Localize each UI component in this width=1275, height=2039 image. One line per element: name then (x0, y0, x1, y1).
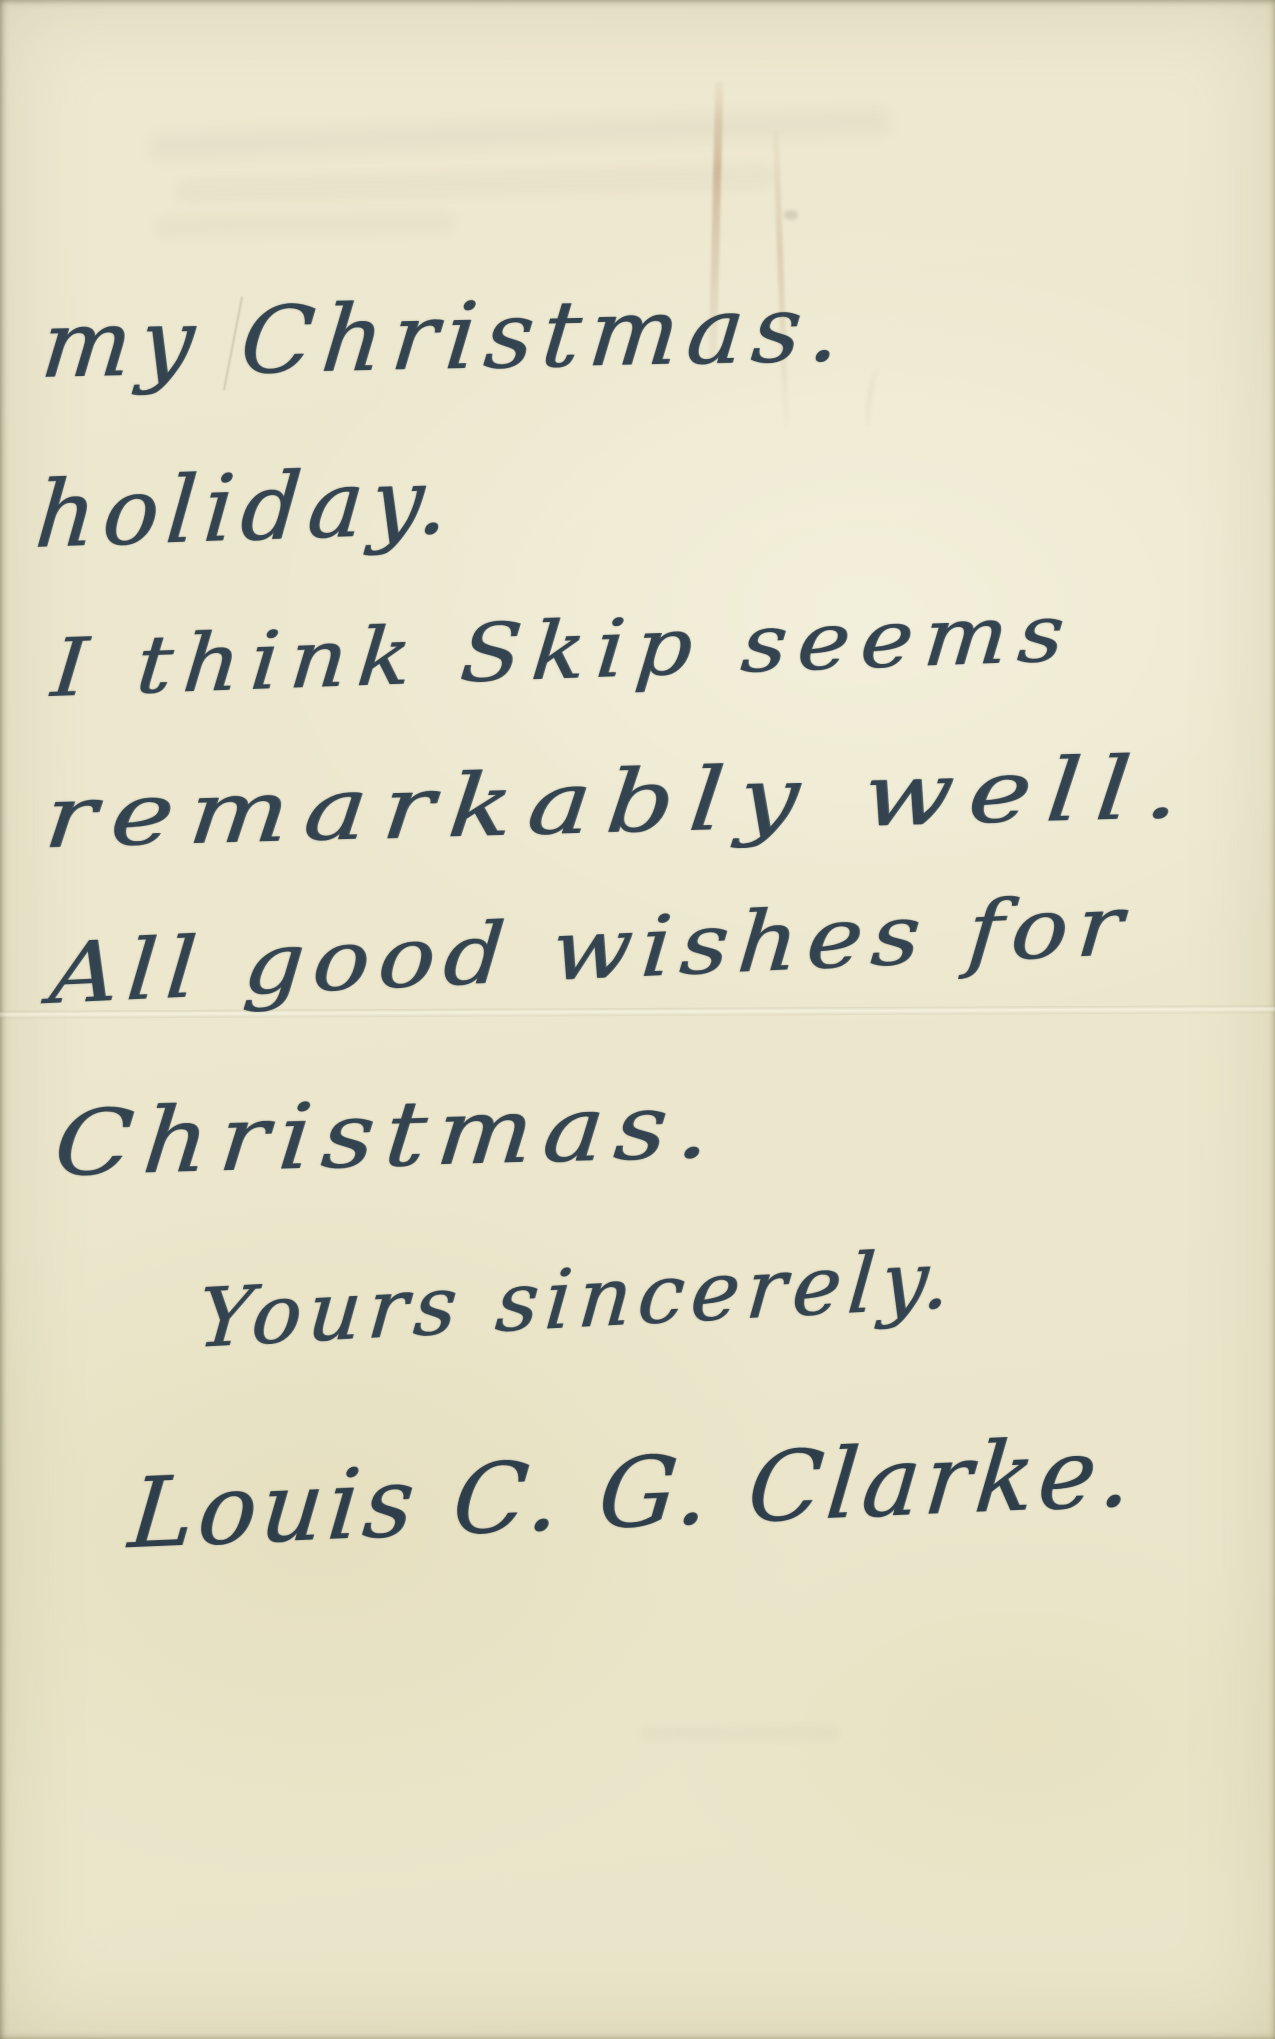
handwriting-closing-line: Yours sincerely. (194, 1232, 961, 1367)
handwriting-line-4: remarkably well. (40, 738, 1199, 868)
handwriting-line-5: All good wishes for (46, 876, 1134, 1024)
handwriting-line-6: Christmas. (50, 1073, 726, 1197)
paper-speck (784, 210, 798, 220)
bleed-through-smudge (155, 211, 455, 238)
bleed-through-smudge (640, 1726, 840, 1740)
bleed-through-smudge (175, 164, 775, 204)
paper-speck (864, 367, 885, 428)
handwriting-signature: Louis C. G. Clarke. (124, 1416, 1141, 1571)
handwriting-line-3: I think Skip seems (48, 586, 1078, 715)
bleed-through-smudge (150, 107, 891, 161)
handwriting-line-2: holiday. (31, 447, 460, 569)
handwriting-line-1: my Christmas. (37, 275, 855, 399)
letter-page: my Christmas. holiday. I think Skip seem… (0, 0, 1275, 2039)
